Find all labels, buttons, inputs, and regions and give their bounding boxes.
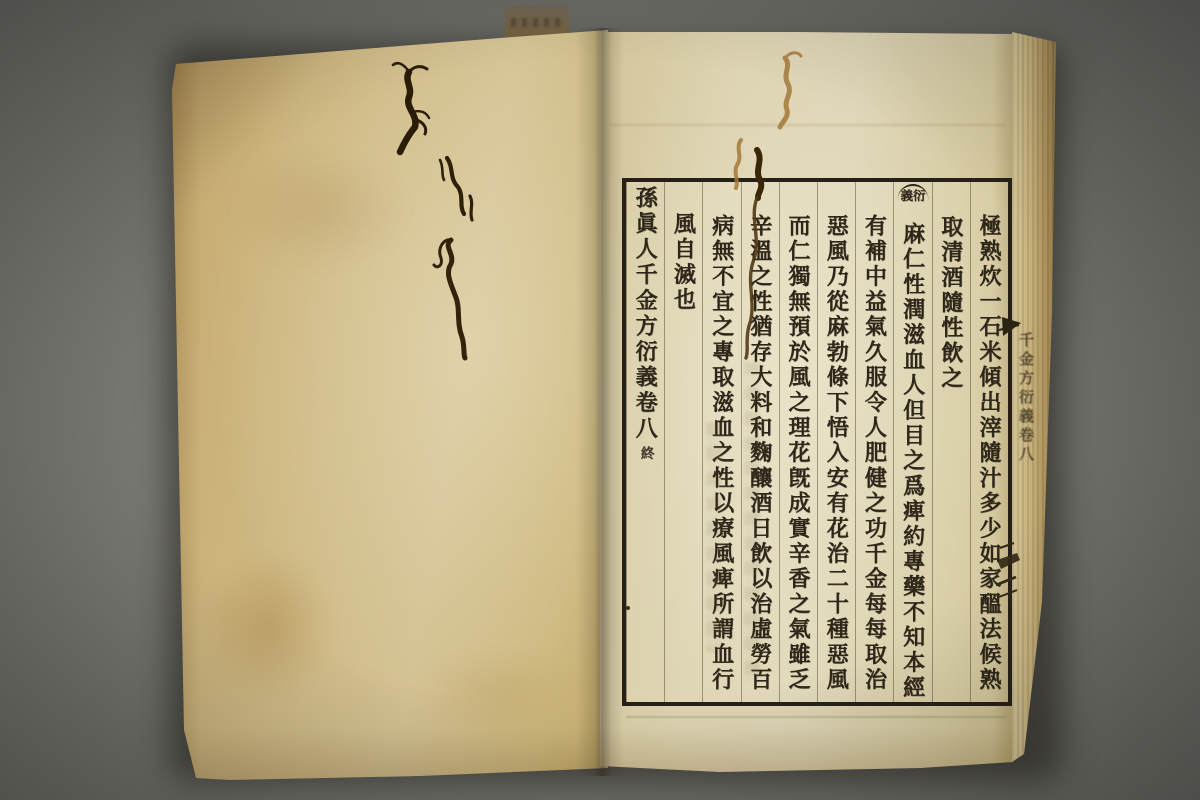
text-column-6: 而仁獨無預於風之理花旣成實辛香之氣雖乏	[779, 182, 817, 702]
text-column-1: 極熟炊一石米傾出滓隨汁多少如家醞法候熟	[970, 182, 1008, 702]
text-column-4: 有補中益氣久服令人肥健之功千金每每取治	[855, 182, 893, 702]
text-column-8: 病無不宜之專取滋血之性以療風痺所謂血行	[702, 182, 740, 702]
ink-speck	[626, 606, 630, 610]
fore-edge-handwritten-title: 千金方衍義卷八	[1016, 332, 1037, 522]
text-frame: 極熟炊一石米傾出滓隨汁多少如家醞法候熟 取清酒隨性飲之 義衍 麻仁性潤滋血人但目…	[622, 178, 1012, 706]
chapter-title-column: 孫眞人千金方衍義卷八 終	[626, 182, 664, 702]
paper-stain	[420, 650, 580, 740]
paper-crease	[610, 124, 1005, 126]
paper-tab-faded-writing	[511, 18, 563, 27]
text-column-9: 風自滅也	[664, 182, 702, 702]
left-page-blank	[170, 30, 608, 780]
chapter-title-text: 孫眞人千金方衍義卷八	[632, 186, 658, 442]
text-column-2: 取清酒隨性飲之	[932, 182, 970, 702]
showthrough-frame-line	[626, 716, 1006, 718]
section-label-left-char: 義	[900, 188, 913, 203]
text-column-3: 義衍 麻仁性潤滋血人但目之爲痺約專藥不知本經	[893, 182, 931, 702]
book-photograph: 極熟炊一石米傾出滓隨汁多少如家醞法候熟 取清酒隨性飲之 義衍 麻仁性潤滋血人但目…	[0, 0, 1200, 800]
text-column-3-body: 麻仁性潤滋血人但目之爲痺約專藥不知本經	[900, 222, 926, 701]
right-page-printed: 極熟炊一石米傾出滓隨汁多少如家醞法候熟 取清酒隨性飲之 義衍 麻仁性潤滋血人但目…	[600, 28, 1013, 772]
text-column-7: 辛溫之性猶存大料和麴釀酒日飲以治虛勞百	[741, 182, 779, 702]
section-label-yanyi: 義衍	[897, 184, 928, 203]
text-column-5: 惡風乃從麻勃條下悟入安有花治二十種惡風	[817, 182, 855, 702]
end-mark: 終	[627, 446, 665, 460]
paper-stain	[204, 550, 334, 700]
paper-stain	[230, 150, 410, 270]
section-label-right-char: 衍	[913, 188, 926, 203]
